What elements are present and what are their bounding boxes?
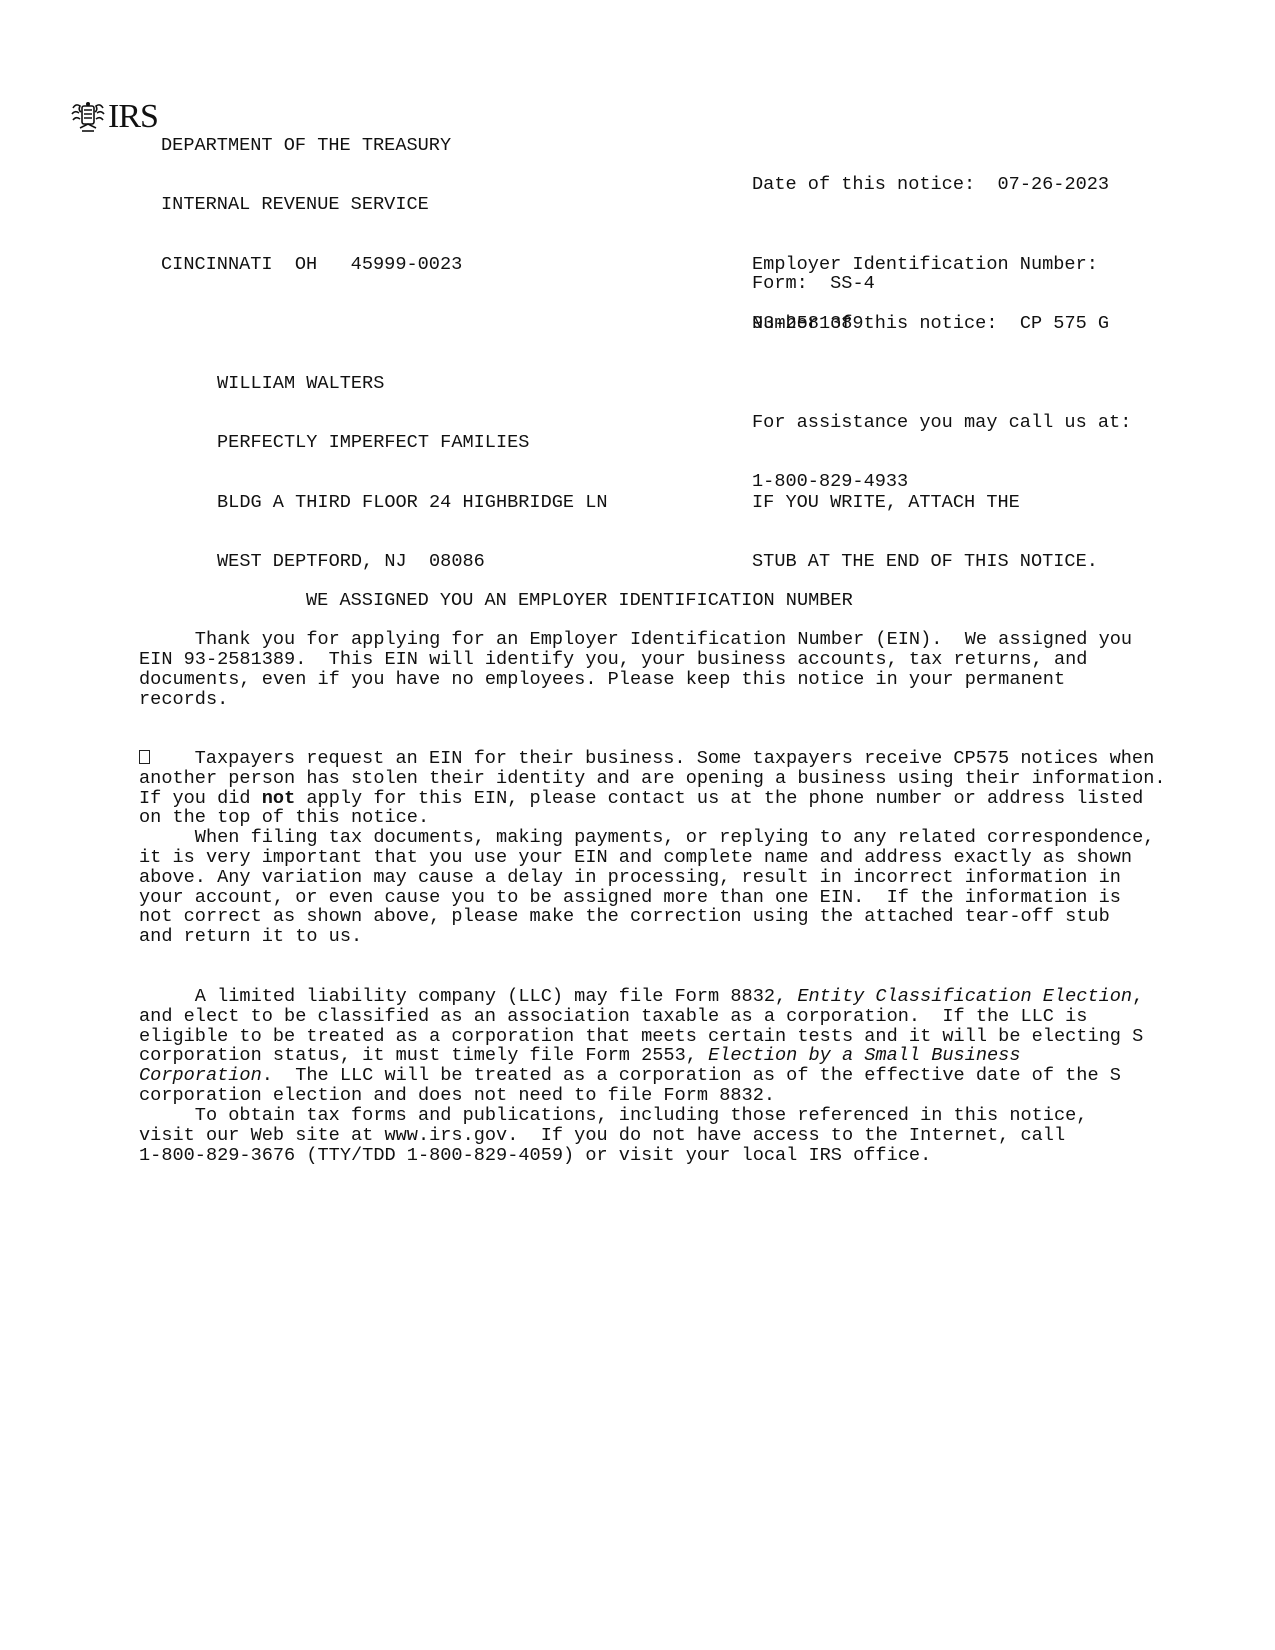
notice-date: Date of this notice: 07-26-2023 — [752, 175, 1109, 195]
irs-logo: IRS — [70, 100, 158, 134]
paragraph-tax-forms: To obtain tax forms and publications, in… — [139, 1106, 1087, 1166]
agency-line: DEPARTMENT OF THE TREASURY — [161, 136, 462, 156]
checkbox-glyph-icon — [139, 750, 150, 764]
paragraph-use-ein: When filing tax documents, making paymen… — [139, 828, 1154, 947]
recipient-business: PERFECTLY IMPERFECT FAMILIES — [217, 433, 608, 453]
write-instruction: IF YOU WRITE, ATTACH THE STUB AT THE END… — [752, 453, 1098, 592]
notice-number-block: Number of this notice: CP 575 G — [752, 314, 1109, 334]
recipient-city-state-zip: WEST DEPTFORD, NJ 08086 — [217, 552, 608, 572]
recipient-name: WILLIAM WALTERS — [217, 374, 608, 394]
write-instruction-line: STUB AT THE END OF THIS NOTICE. — [752, 552, 1098, 572]
assistance-label: For assistance you may call us at: — [752, 413, 1131, 433]
notice-title: WE ASSIGNED YOU AN EMPLOYER IDENTIFICATI… — [306, 591, 853, 611]
notice-date-value: 07-26-2023 — [998, 174, 1110, 195]
form-value: SS-4 — [830, 273, 875, 294]
recipient-street: BLDG A THIRD FLOOR 24 HIGHBRIDGE LN — [217, 493, 608, 513]
notice-number-value: CP 575 G — [1020, 313, 1109, 334]
paragraph-ein-assigned: Thank you for applying for an Employer I… — [139, 630, 1132, 709]
notice-number-label: Number of this notice: — [752, 313, 997, 334]
paragraph-llc: A limited liability company (LLC) may fi… — [139, 967, 1143, 1126]
irs-eagle-icon — [70, 100, 106, 134]
agency-address: DEPARTMENT OF THE TREASURY INTERNAL REVE… — [161, 96, 462, 294]
write-instruction-line: IF YOU WRITE, ATTACH THE — [752, 493, 1098, 513]
form-block: Form: SS-4 — [752, 274, 875, 294]
notice-date-label: Date of this notice: — [752, 174, 975, 195]
ein-label: Employer Identification Number: — [752, 255, 1098, 275]
agency-line: CINCINNATI OH 45999-0023 — [161, 255, 462, 275]
irs-logo-text: IRS — [108, 100, 158, 134]
agency-line: INTERNAL REVENUE SERVICE — [161, 195, 462, 215]
recipient-address: WILLIAM WALTERS PERFECTLY IMPERFECT FAMI… — [217, 334, 608, 592]
form-label: Form: — [752, 273, 808, 294]
